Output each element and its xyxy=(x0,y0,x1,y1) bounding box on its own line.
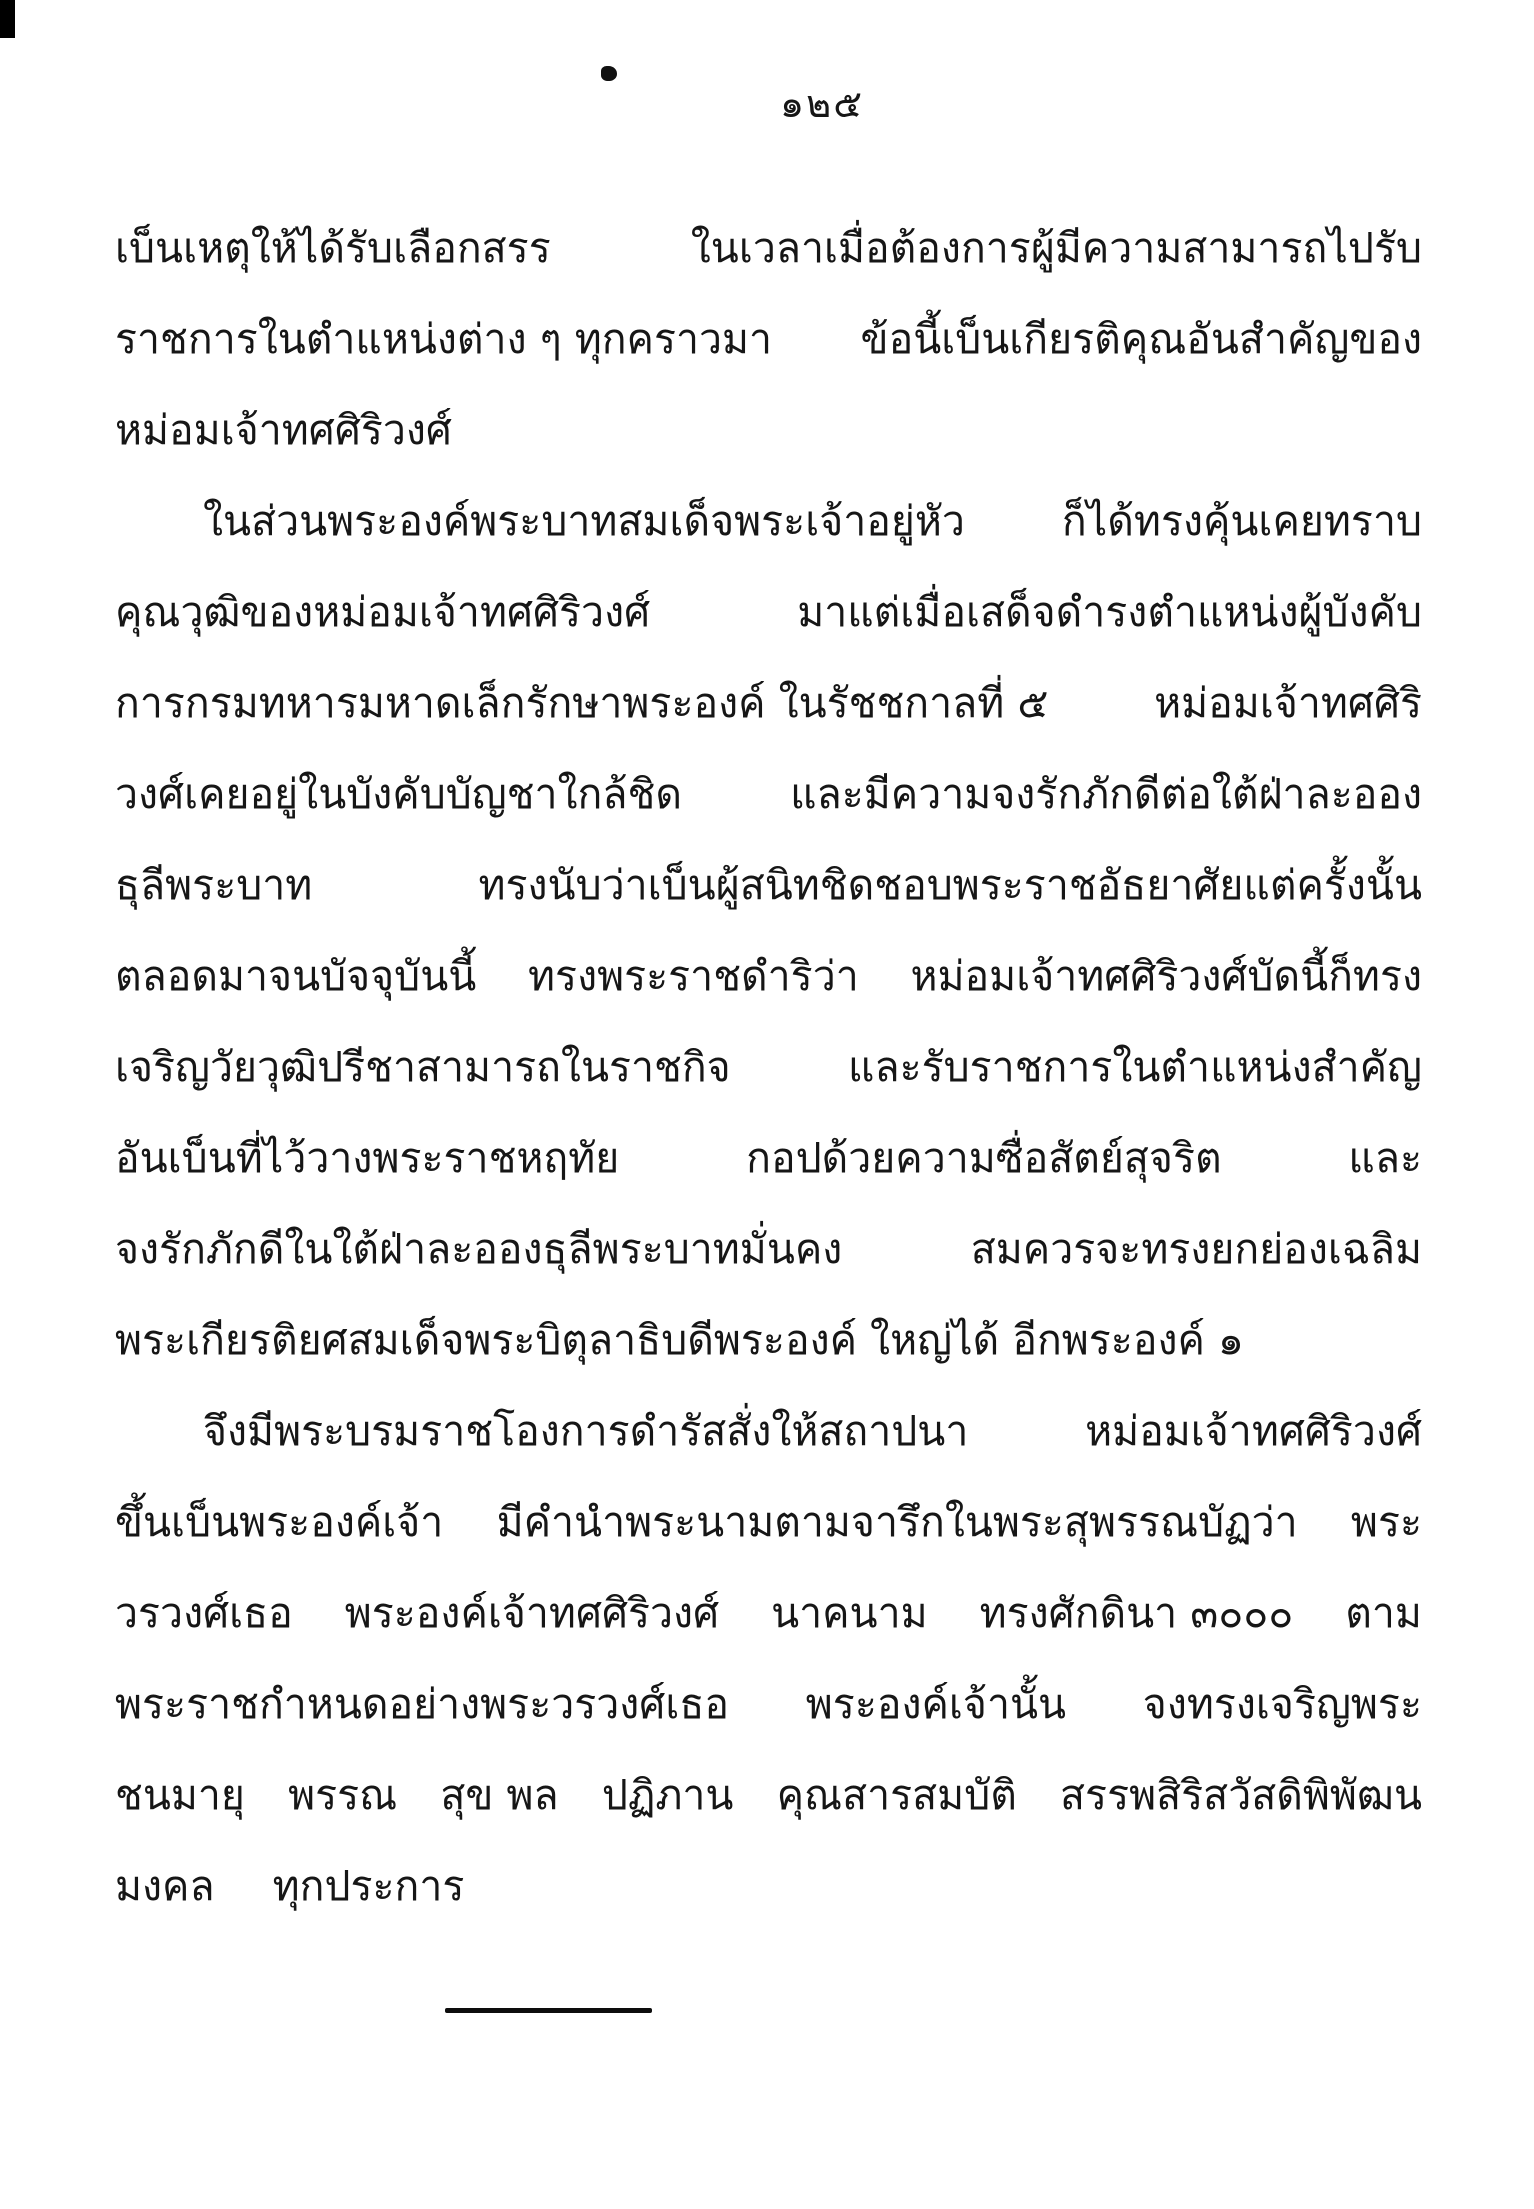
text-segment: มาแต่เมื่อเสด็จดำรงตำแหน่งผู้บังคับ xyxy=(797,567,1422,658)
text-segment: วรวงศ์เธอ xyxy=(115,1568,293,1659)
text-line: พระราชกำหนดอย่างพระวรวงศ์เธอพระองค์เจ้าน… xyxy=(115,1659,1422,1750)
text-segment: อันเบ็นที่ไว้วางพระราชหฤทัย xyxy=(115,1113,619,1204)
text-line: คุณวุฒิของหม่อมเจ้าทศศิริวงศ์มาแต่เมื่อเ… xyxy=(115,567,1422,658)
text-segment: ทรงศักดินา ๓๐๐๐ xyxy=(980,1568,1294,1659)
text-segment: กอปด้วยความซื่อสัตย์สุจริต xyxy=(746,1113,1221,1204)
text-line: ในส่วนพระองค์พระบาทสมเด็จพระเจ้าอยู่หัวก… xyxy=(115,476,1422,567)
text-segment: หม่อมเจ้าทศศิริวงศ์บัดนี้ก็ทรง xyxy=(911,931,1423,1022)
text-segment: พระเกียรติยศสมเด็จพระบิตุลาธิบดีพระองค์ … xyxy=(115,1295,1244,1386)
end-divider xyxy=(445,2008,652,2013)
text-line: การกรมทหารมหาดเล็กรักษาพระองค์ ในรัชชกาล… xyxy=(115,658,1422,749)
text-line: อันเบ็นที่ไว้วางพระราชหฤทัยกอปด้วยความซื… xyxy=(115,1113,1422,1204)
text-segment: สมควรจะทรงยกย่องเฉลิม xyxy=(971,1204,1422,1295)
text-segment: ในเวลาเมื่อต้องการผู้มีความสามารถไปรับ xyxy=(691,203,1422,294)
text-segment: ทุกประการ xyxy=(273,1841,465,1932)
text-segment: ตลอดมาจนบัจจุบันนี้ xyxy=(115,931,476,1022)
text-segment: เบ็นเหตุให้ได้รับเลือกสรร xyxy=(115,203,551,294)
text-line: ราชการในตำแหน่งต่าง ๆ ทุกคราวมาข้อนี้เบ็… xyxy=(115,294,1422,385)
text-segment: คุณวุฒิของหม่อมเจ้าทศศิริวงศ์ xyxy=(115,567,650,658)
text-segment: เจริญวัยวุฒิปรีชาสามารถในราชกิจ xyxy=(115,1022,731,1113)
text-segment: สรรพสิริสวัสดิพิพัฒน xyxy=(1060,1750,1422,1841)
text-segment: จงรักภักดีในใต้ฝ่าละอองธุลีพระบาทมั่นคง xyxy=(115,1204,842,1295)
text-segment: ในส่วนพระองค์พระบาทสมเด็จพระเจ้าอยู่หัว xyxy=(203,476,965,567)
text-line: ชนมายุพรรณสุข พลปฏิภานคุณสารสมบัติสรรพสิ… xyxy=(115,1750,1422,1841)
text-line: ขึ้นเบ็นพระองค์เจ้ามีคำนำพระนามตามจารึกใ… xyxy=(115,1477,1422,1568)
text-block: เบ็นเหตุให้ได้รับเลือกสรรในเวลาเมื่อต้อง… xyxy=(115,203,1422,1932)
text-segment: ทรงพระราชดำริว่า xyxy=(528,931,859,1022)
text-line: เบ็นเหตุให้ได้รับเลือกสรรในเวลาเมื่อต้อง… xyxy=(115,203,1422,294)
text-line: ธุลีพระบาททรงนับว่าเบ็นผู้สนิทชิดชอบพระร… xyxy=(115,840,1422,931)
text-segment: หม่อมเจ้าทศศิริ xyxy=(1154,658,1422,749)
text-segment: หม่อมเจ้าทศศิริวงศ์ xyxy=(115,385,452,476)
text-line: วรวงศ์เธอพระองค์เจ้าทศศิริวงศ์นาคนามทรงศ… xyxy=(115,1568,1422,1659)
text-segment: ข้อนี้เบ็นเกียรติคุณอันสำคัญของ xyxy=(861,294,1422,385)
text-segment: และ xyxy=(1348,1113,1422,1204)
text-line: หม่อมเจ้าทศศิริวงศ์ xyxy=(115,385,1422,476)
text-segment: ตาม xyxy=(1345,1568,1422,1659)
text-segment: ขึ้นเบ็นพระองค์เจ้า xyxy=(115,1477,443,1568)
text-segment: มงคล xyxy=(115,1841,215,1932)
text-segment: จงทรงเจริญพระ xyxy=(1143,1659,1422,1750)
document-page: ๑๒๕ เบ็นเหตุให้ได้รับเลือกสรรในเวลาเมื่อ… xyxy=(0,0,1534,2209)
text-segment: จึงมีพระบรมราชโองการดำรัสสั่งให้สถาปนา xyxy=(203,1386,968,1477)
text-segment: ปฏิภาน xyxy=(602,1750,734,1841)
text-segment: ก็ได้ทรงคุ้นเคยทราบ xyxy=(1062,476,1422,567)
scan-artifact xyxy=(0,0,15,38)
text-segment: พระ xyxy=(1351,1477,1422,1568)
text-segment: พรรณ xyxy=(288,1750,397,1841)
text-segment: และรับราชการในตำแหน่งสำคัญ xyxy=(848,1022,1422,1113)
text-line: มงคลทุกประการ xyxy=(115,1841,1422,1932)
text-line: พระเกียรติยศสมเด็จพระบิตุลาธิบดีพระองค์ … xyxy=(115,1295,1422,1386)
page-number: ๑๒๕ xyxy=(0,82,1534,128)
text-segment: การกรมทหารมหาดเล็กรักษาพระองค์ ในรัชชกาล… xyxy=(115,658,1048,749)
scan-artifact xyxy=(601,66,617,81)
text-line: เจริญวัยวุฒิปรีชาสามารถในราชกิจและรับราช… xyxy=(115,1022,1422,1113)
text-line: ตลอดมาจนบัจจุบันนี้ทรงพระราชดำริว่าหม่อม… xyxy=(115,931,1422,1022)
text-line: จึงมีพระบรมราชโองการดำรัสสั่งให้สถาปนาหม… xyxy=(115,1386,1422,1477)
text-segment: พระราชกำหนดอย่างพระวรวงศ์เธอ xyxy=(115,1659,729,1750)
text-segment: พระองค์เจ้านั้น xyxy=(806,1659,1066,1750)
text-segment: นาคนาม xyxy=(771,1568,928,1659)
text-segment: มีคำนำพระนามตามจารึกในพระสุพรรณบัฏว่า xyxy=(497,1477,1298,1568)
text-segment: และมีความจงรักภักดีต่อใต้ฝ่าละออง xyxy=(790,749,1422,840)
text-line: วงศ์เคยอยู่ในบังคับบัญชาใกล้ชิดและมีความ… xyxy=(115,749,1422,840)
text-segment: วงศ์เคยอยู่ในบังคับบัญชาใกล้ชิด xyxy=(115,749,682,840)
text-line: จงรักภักดีในใต้ฝ่าละอองธุลีพระบาทมั่นคงส… xyxy=(115,1204,1422,1295)
text-segment: คุณสารสมบัติ xyxy=(777,1750,1017,1841)
text-segment: ทรงนับว่าเบ็นผู้สนิทชิดชอบพระราชอัธยาศัย… xyxy=(478,840,1422,931)
text-segment: ชนมายุ xyxy=(115,1750,245,1841)
text-segment: ธุลีพระบาท xyxy=(115,840,312,931)
text-segment: สุข พล xyxy=(440,1750,558,1841)
text-segment: พระองค์เจ้าทศศิริวงศ์ xyxy=(345,1568,719,1659)
text-segment: หม่อมเจ้าทศศิริวงศ์ xyxy=(1085,1386,1422,1477)
text-segment: ราชการในตำแหน่งต่าง ๆ ทุกคราวมา xyxy=(115,294,772,385)
